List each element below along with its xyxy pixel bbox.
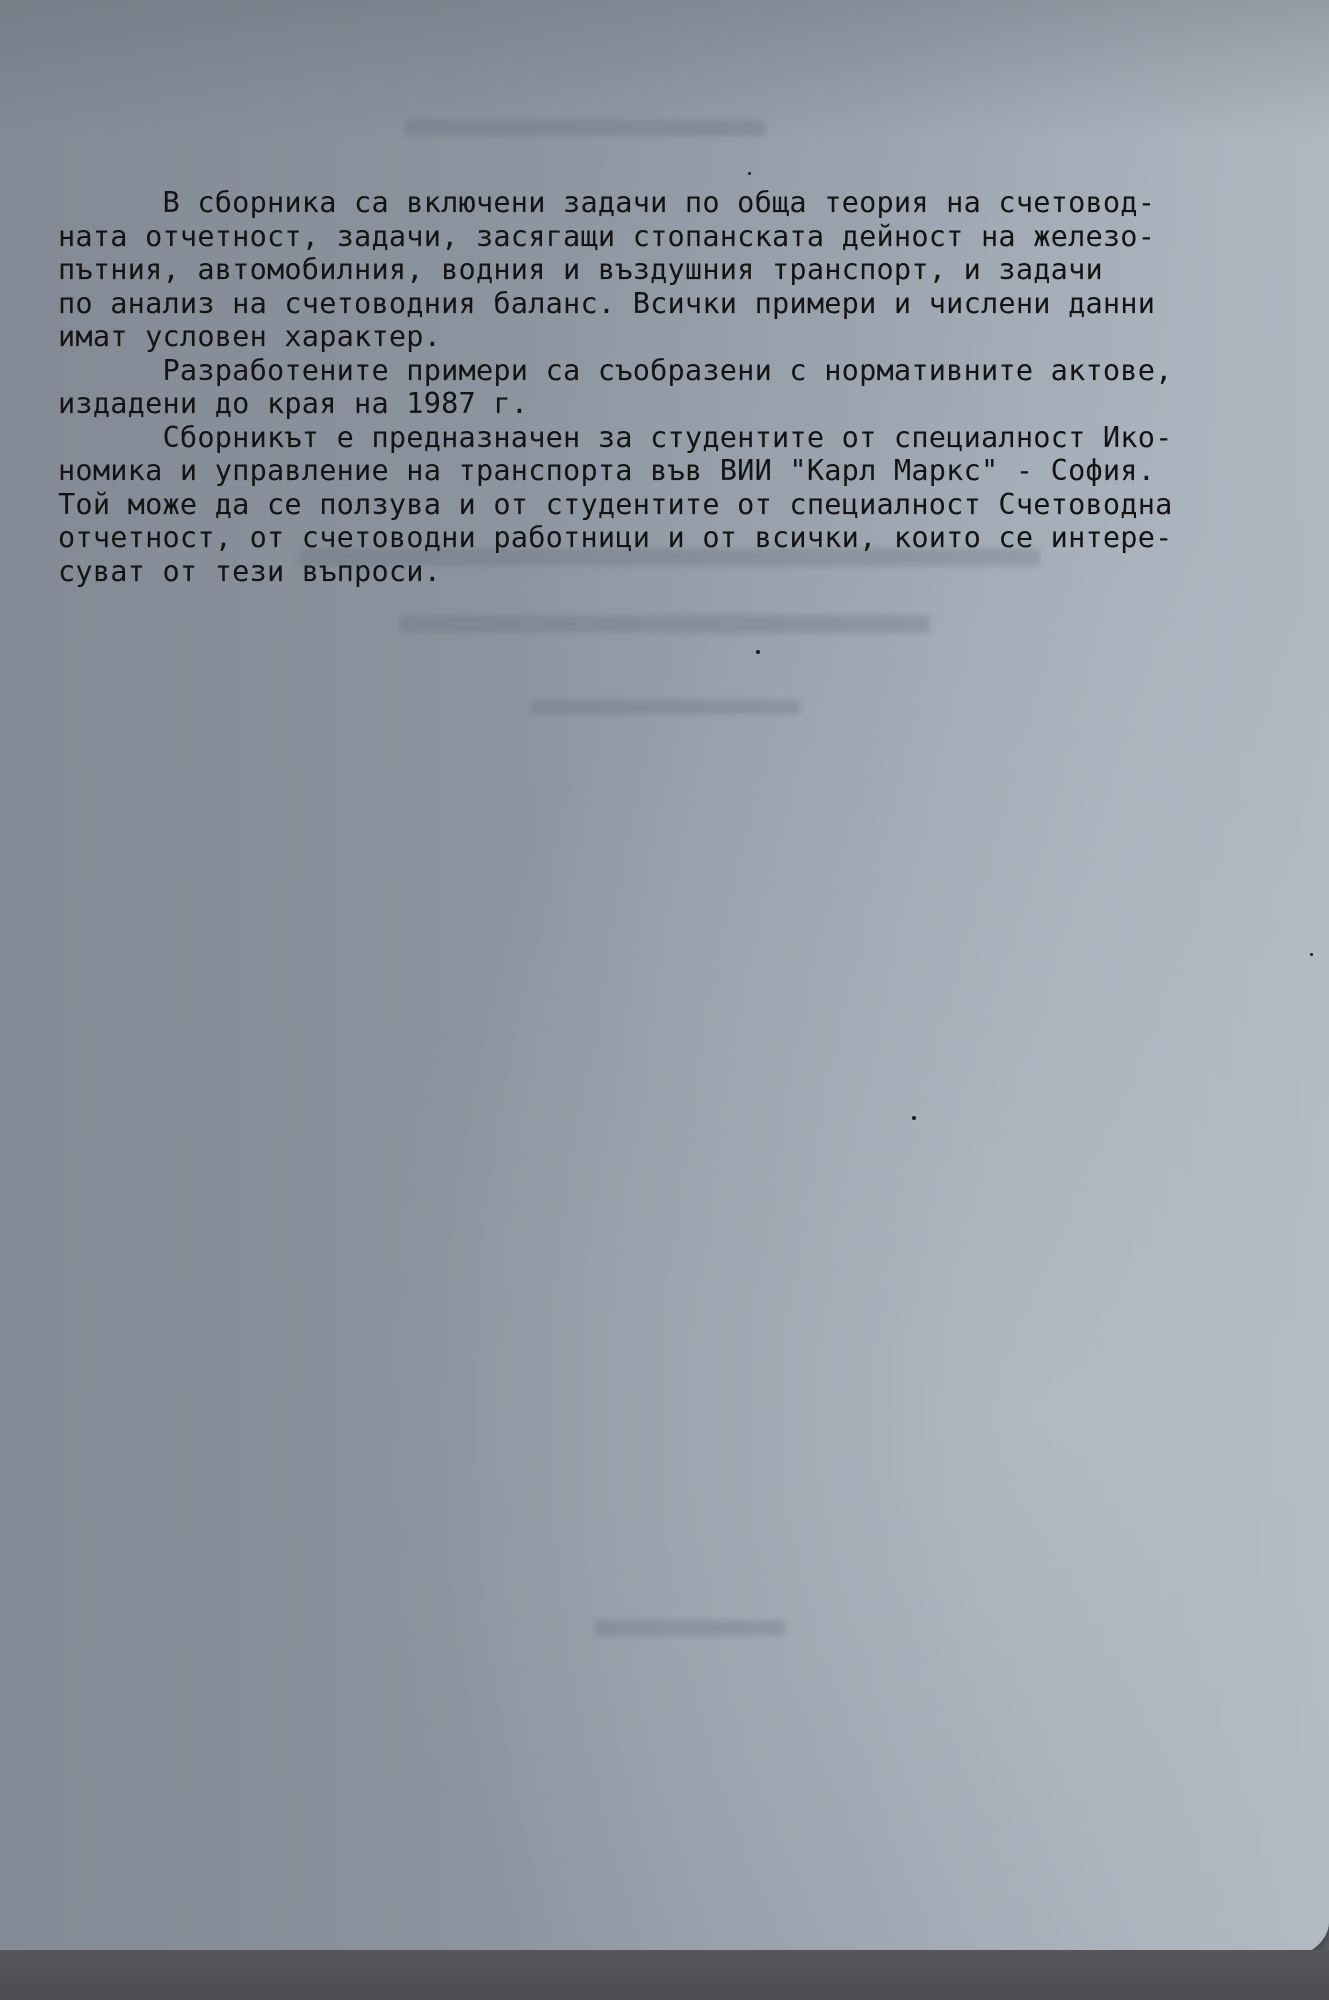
text-line: отчетност, от счетоводни работници и от … bbox=[58, 521, 1298, 555]
desk-surface bbox=[0, 1950, 1329, 2000]
text-line: по анализ на счетоводния баланс. Всички … bbox=[58, 287, 1298, 321]
show-through-mark bbox=[595, 1620, 785, 1636]
text-line: В сборника са включени задачи по обща те… bbox=[58, 186, 1298, 220]
text-line: Сборникът е предназначен за студентите о… bbox=[58, 421, 1298, 455]
text-line: Той може да се ползува и от студентите о… bbox=[58, 488, 1298, 522]
text-line: суват от тези въпроси. bbox=[58, 555, 1298, 589]
page-shadow bbox=[0, 0, 1329, 140]
text-line: ната отчетност, задачи, засягащи стопанс… bbox=[58, 220, 1298, 254]
text-line: номика и управление на транспорта във ВИ… bbox=[58, 454, 1298, 488]
paper-speck bbox=[756, 650, 760, 654]
paragraph-regulations: Разработените примери са съобразени с но… bbox=[58, 354, 1298, 421]
text-line: Разработените примери са съобразени с но… bbox=[58, 354, 1298, 388]
paragraph-audience: Сборникът е предназначен за студентите о… bbox=[58, 421, 1298, 589]
body-text: В сборника са включени задачи по обща те… bbox=[58, 186, 1298, 588]
show-through-mark bbox=[400, 615, 930, 633]
paper-speck bbox=[912, 1116, 916, 1120]
text-line: имат условен характер. bbox=[58, 320, 1298, 354]
paragraph-scope: В сборника са включени задачи по обща те… bbox=[58, 186, 1298, 354]
paper-speck bbox=[1310, 953, 1313, 956]
text-line: пътния, автомобилния, водния и въздушния… bbox=[58, 253, 1298, 287]
text-line: издадени до края на 1987 г. bbox=[58, 387, 1298, 421]
paper-speck bbox=[748, 172, 751, 175]
document-page: В сборника са включени задачи по обща те… bbox=[0, 0, 1329, 1962]
show-through-mark bbox=[405, 120, 765, 136]
show-through-mark bbox=[530, 700, 800, 714]
